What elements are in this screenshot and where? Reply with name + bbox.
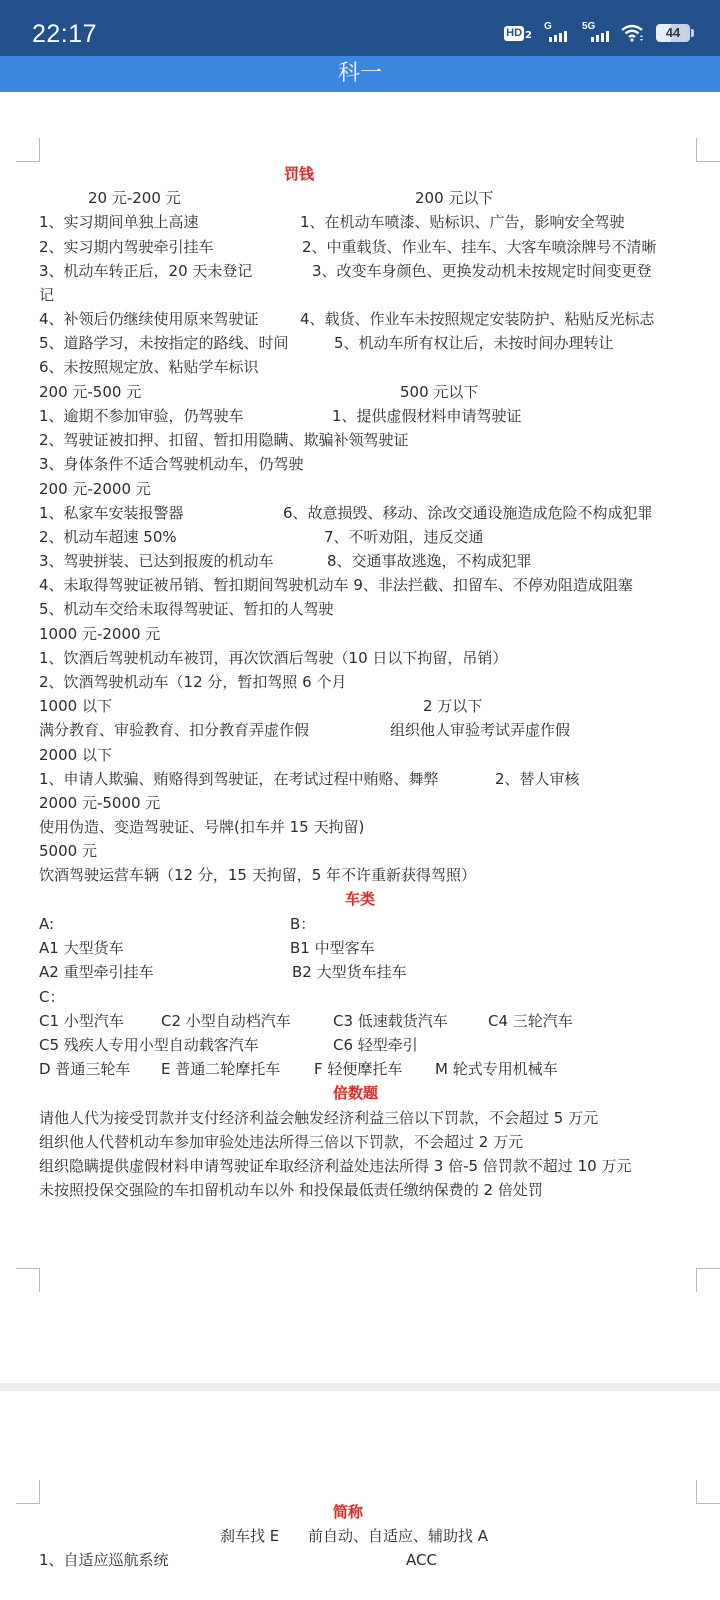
list-item: 2、驾驶证被扣押、扣留、暂扣用隐瞒、欺骗补领驾驶证 [39,430,409,450]
fine-range-title: 2000 以下 [39,745,112,765]
page-corner-marker [16,1268,40,1292]
list-item: 饮酒驾驶运营车辆（12 分，15 天拘留，5 年不许重新获得驾照） [39,865,476,885]
list-item: 3、驾驶拼装、已达到报废的机动车 [39,551,274,571]
list-item: 5、道路学习，未按指定的路线、时间 [39,333,289,353]
battery-icon: 44 [656,24,690,42]
list-item: 4、载货、作业车未按照规定安装防护、粘贴反光标志 [300,309,655,329]
list-item: 7、不听劝阻，违反交通 [324,527,484,547]
list-item: 2、机动车超速 50% [39,527,177,547]
list-item: 组织他人审验考试弄虚作假 [390,720,570,740]
list-item: 1、在机动车喷漆、贴标识、广告，影响安全驾驶 [300,212,625,232]
list-item: 1、饮酒后驾驶机动车被罚，再次饮酒后驾驶（10 日以下拘留，吊销） [39,648,507,668]
section-heading-multiples: 倍数题 [333,1083,378,1103]
class-label: C： [39,987,64,1007]
abbreviation-code: ACC [406,1550,437,1570]
fine-range-title: 20 元-200 元 [88,188,181,208]
list-item: 使用伪造、变造驾驶证、号牌(扣车并 15 天拘留) [39,817,364,837]
list-item: 1、实习期间单独上高速 [39,212,199,232]
fine-range-title: 500 元以下 [400,382,478,402]
class-item: C3 低速载货汽车 [333,1011,448,1031]
page-corner-marker [16,138,40,162]
list-item: 记 [39,285,54,305]
list-item: 5、机动车所有权让后，未按时间办理转让 [334,333,614,353]
class-item: C2 小型自动档汽车 [161,1011,291,1031]
page-separator [0,1383,720,1391]
status-time: 22:17 [32,20,97,49]
wifi-icon [620,23,644,43]
class-item: E 普通二轮摩托车 [161,1059,280,1079]
list-item: 2、中重载货、作业车、挂车、大客车喷涂牌号不清晰 [302,237,657,257]
hd-voice-icon: HD 2 [504,26,532,41]
list-item: 6、未按照规定放、粘贴学车标识 [39,357,259,377]
status-bar: 22:17 HD 2 G 5G 44 [0,0,720,56]
page-corner-marker [696,138,720,162]
list-item: 2、饮酒驾驶机动车（12 分，暂扣驾照 6 个月 [39,672,346,692]
fine-range-title: 200 元以下 [415,188,493,208]
list-item: 4、未取得驾驶证被吊销、暂扣期间驾驶机动车 9、非法拦截、扣留车、不停劝阻造成阻… [39,575,633,595]
list-item: 3、机动车转正后，20 天未登记 [39,261,252,281]
fine-range-title: 2 万以下 [423,696,482,716]
class-label: A: [39,914,54,934]
section-heading-fines: 罚钱 [284,164,314,184]
list-item: 4、补领后仍继续使用原来驾驶证 [39,309,259,329]
list-item: 3、身体条件不适合驾驶机动车，仍驾驶 [39,454,304,474]
list-item: 6、故意损毁、移动、涂改交通设施造成危险不构成犯罪 [283,503,653,523]
list-item: 2、实习期内驾驶牵引挂车 [39,237,214,257]
abbreviation-hint: 刹车找 E [220,1526,279,1546]
list-item: 5、机动车交给未取得驾驶证、暂扣的人驾驶 [39,599,334,619]
fine-range-title: 5000 元 [39,841,97,861]
fine-range-title: 2000 元-5000 元 [39,793,160,813]
signal-g-icon: G [544,23,570,43]
class-label: B： [290,914,315,934]
list-item: 组织隐瞒提供虚假材料申请驾驶证牟取经济利益处违法所得 3 倍-5 倍罚款不超过 … [39,1156,631,1176]
fine-range-title: 200 元-2000 元 [39,479,151,499]
list-item: 8、交通事故逃逸，不构成犯罪 [327,551,532,571]
page-corner-marker [696,1480,720,1504]
fine-range-title: 1000 以下 [39,696,112,716]
abbreviation-hint: 前自动、自适应、辅助找 A [308,1526,488,1546]
list-item: 2、替人审核 [495,769,580,789]
section-heading-vehicle-classes: 车类 [345,889,375,909]
list-item: 1、申请人欺骗、贿赂得到驾驶证，在考试过程中贿赂、舞弊 [39,769,439,789]
class-item: C4 三轮汽车 [488,1011,573,1031]
class-item: B2 大型货车挂车 [292,962,407,982]
list-item: 请他人代为接受罚款并支付经济利益会触发经济利益三倍以下罚款，不会超过 5 万元 [39,1108,598,1128]
class-item: M 轮式专用机械车 [435,1059,558,1079]
class-item: A2 重型牵引挂车 [39,962,154,982]
class-item: D 普通三轮车 [39,1059,130,1079]
list-item: 满分教育、审验教育、扣分教育弄虚作假 [39,720,309,740]
list-item: 未按照投保交强险的车扣留机动车以外 和投保最低责任缴纳保费的 2 倍处罚 [39,1180,543,1200]
page-corner-marker [696,1268,720,1292]
fine-range-title: 1000 元-2000 元 [39,624,160,644]
list-item: 1、提供虚假材料申请驾驶证 [332,406,522,426]
signal-5g-icon: 5G [582,23,608,43]
class-item: A1 大型货车 [39,938,124,958]
section-heading-abbreviations: 简称 [333,1502,363,1522]
class-item: F 轻便摩托车 [314,1059,402,1079]
page-corner-marker [16,1480,40,1504]
class-item: C5 残疾人专用小型自动载客汽车 [39,1035,259,1055]
class-item: B1 中型客车 [290,938,375,958]
list-item: 1、私家车安装报警器 [39,503,184,523]
abbreviation-name: 1、自适应巡航系统 [39,1550,169,1570]
status-icons: HD 2 G 5G 44 [504,22,690,44]
class-item: C6 轻型牵引 [333,1035,418,1055]
list-item: 1、逾期不参加审验，仍驾驶车 [39,406,244,426]
class-item: C1 小型汽车 [39,1011,124,1031]
document-title: 科一 [0,56,720,92]
fine-range-title: 200 元-500 元 [39,382,141,402]
list-item: 组织他人代替机动车参加审验处违法所得三倍以下罚款，不会超过 2 万元 [39,1132,523,1152]
list-item: 3、改变车身颜色、更换发动机未按规定时间变更登 [312,261,652,281]
document-view[interactable]: 罚钱 20 元-200 元 200 元以下 1、实习期间单独上高速 1、在机动车… [0,92,720,1600]
